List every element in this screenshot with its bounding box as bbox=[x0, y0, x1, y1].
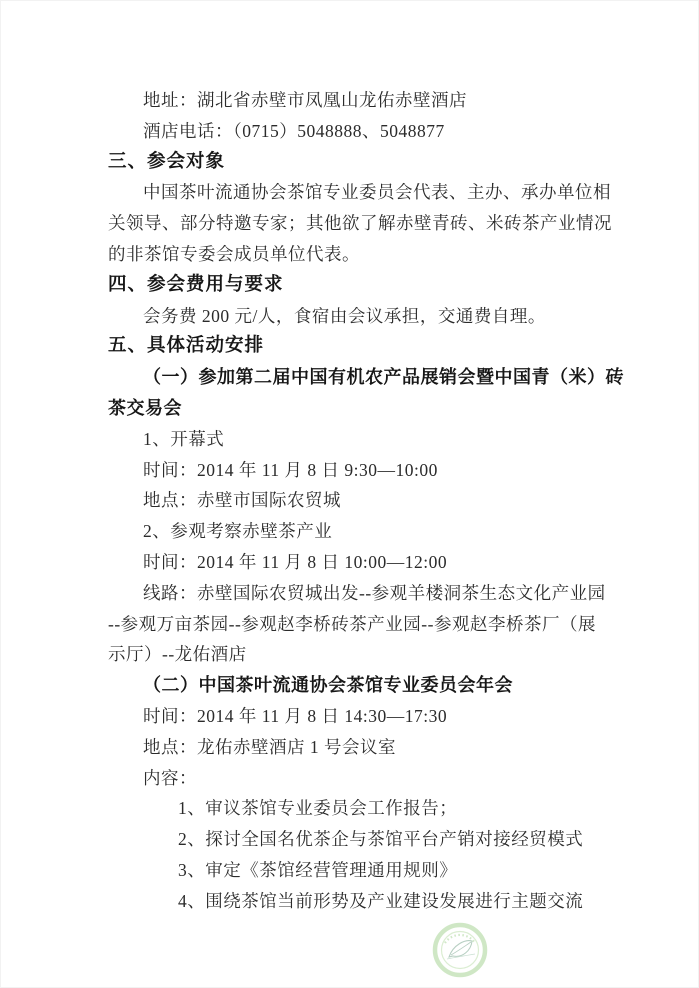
document-page: 地址：湖北省赤壁市凤凰山龙佑赤壁酒店酒店电话：（0715）5048888、504… bbox=[0, 0, 699, 988]
document-line: --参观万亩茶园--参观赵李桥砖茶产业园--参观赵李桥茶厂（展 bbox=[108, 609, 608, 640]
document-line: 中国茶叶流通协会茶馆专业委员会代表、主办、承办单位相 bbox=[108, 177, 608, 208]
document-line: （二）中国茶叶流通协会茶馆专业委员会年会 bbox=[108, 670, 608, 701]
document-body: 地址：湖北省赤壁市凤凰山龙佑赤壁酒店酒店电话：（0715）5048888、504… bbox=[108, 85, 608, 917]
document-line: 时间：2014 年 11 月 8 日 10:00—12:00 bbox=[108, 547, 608, 578]
document-line: 四、参会费用与要求 bbox=[108, 270, 608, 301]
document-line: 4、围绕茶馆当前形势及产业建设发展进行主题交流 bbox=[108, 886, 608, 917]
document-line: 关领导、部分特邀专家；其他欲了解赤壁青砖、米砖茶产业情况 bbox=[108, 208, 608, 239]
document-line: 2、探讨全国名优茶企与茶馆平台产销对接经贸模式 bbox=[108, 824, 608, 855]
document-line: 2、参观考察赤壁茶产业 bbox=[108, 516, 608, 547]
document-line: 地点：赤壁市国际农贸城 bbox=[108, 485, 608, 516]
document-line: 五、具体活动安排 bbox=[108, 331, 608, 362]
document-line: 会务费 200 元/人，食宿由会议承担，交通费自理。 bbox=[108, 301, 608, 332]
document-line: 内容： bbox=[108, 763, 608, 794]
document-line: 三、参会对象 bbox=[108, 147, 608, 178]
document-line: 时间：2014 年 11 月 8 日 9:30—10:00 bbox=[108, 455, 608, 486]
document-line: 酒店电话：（0715）5048888、5048877 bbox=[108, 116, 608, 147]
document-line: 线路：赤壁国际农贸城出发--参观羊楼洞茶生态文化产业园 bbox=[108, 578, 608, 609]
document-line: 示厅）--龙佑酒店 bbox=[108, 639, 608, 670]
document-line: 时间：2014 年 11 月 8 日 14:30—17:30 bbox=[108, 701, 608, 732]
document-line: 的非茶馆专委会成员单位代表。 bbox=[108, 239, 608, 270]
seal-arc-text bbox=[445, 935, 475, 943]
document-line: 1、开幕式 bbox=[108, 424, 608, 455]
document-line: 1、审议茶馆专业委员会工作报告； bbox=[108, 793, 608, 824]
document-line: （一）参加第二届中国有机农产品展销会暨中国青（米）砖 bbox=[108, 362, 608, 393]
document-line: 地址：湖北省赤壁市凤凰山龙佑赤壁酒店 bbox=[108, 85, 608, 116]
document-line: 3、审定《茶馆经营管理通用规则》 bbox=[108, 855, 608, 886]
green-leaf-seal-watermark bbox=[431, 921, 489, 979]
document-line: 地点：龙佑赤壁酒店 1 号会议室 bbox=[108, 732, 608, 763]
document-line: 茶交易会 bbox=[108, 393, 608, 424]
